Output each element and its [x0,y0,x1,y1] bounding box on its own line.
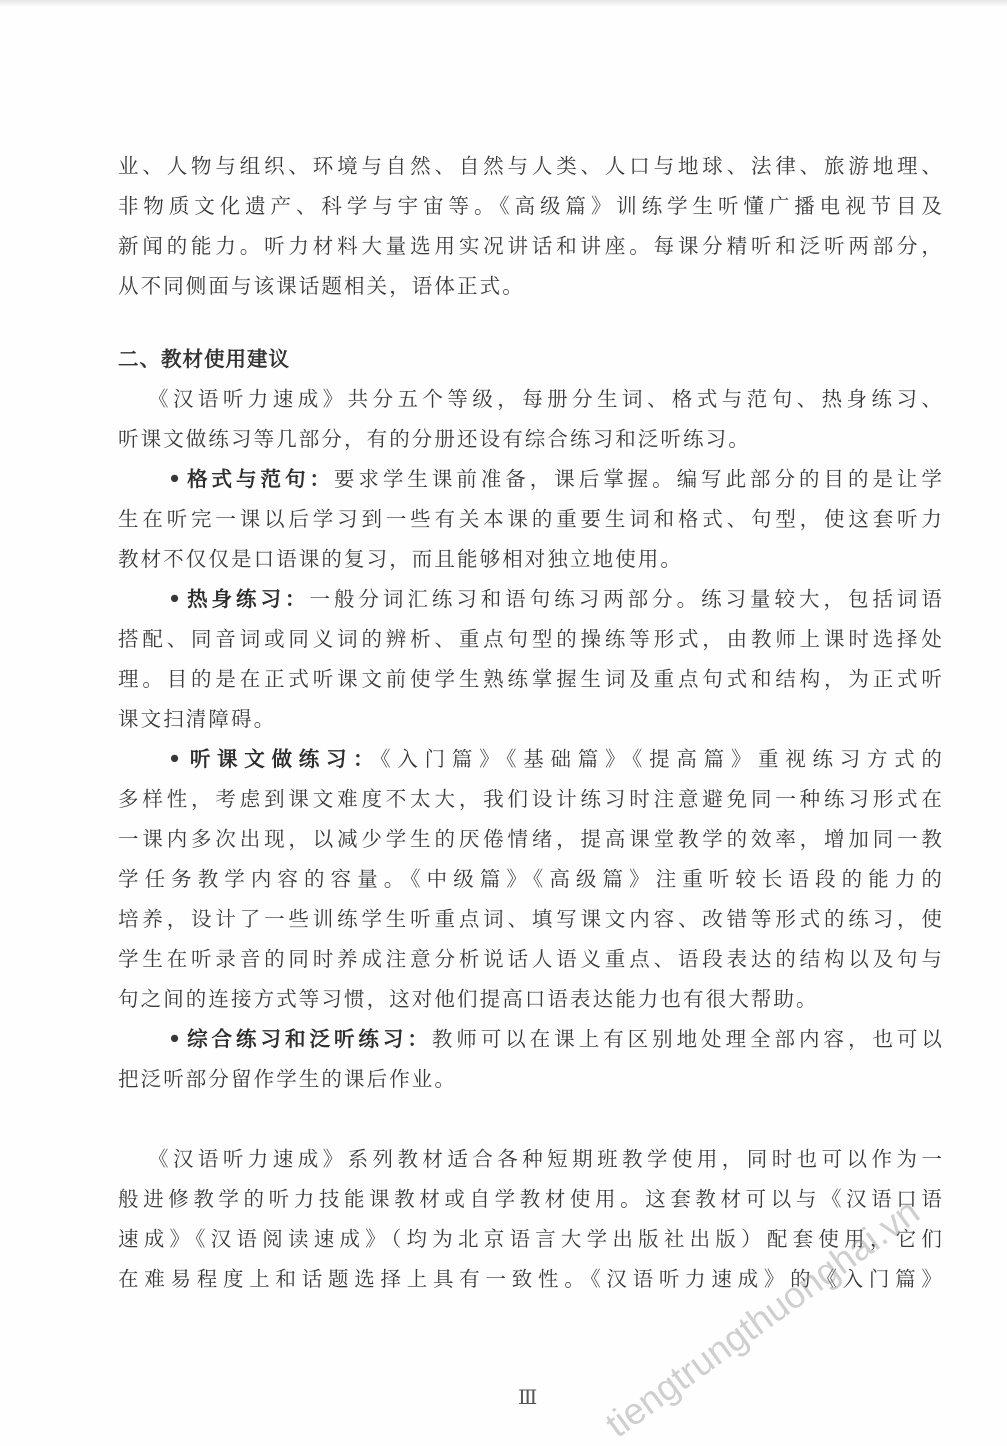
bullet-first-line: •综合练习和泛听练习：教师可以在课上有区别地处理全部内容，也可以 [118,1019,944,1059]
bullet-comprehensive-exercises: •综合练习和泛听练习：教师可以在课上有区别地处理全部内容，也可以 把泛听部分留作… [118,1019,944,1099]
bullet-icon: • [168,747,183,771]
bullet-icon: • [168,467,183,491]
bullet-warm-up-exercises: •热身练习：一般分词汇练习和语句练习两部分。练习量较大，包括词语 搭配、同音词或… [118,579,944,739]
text-line: 培养，设计了一些训练学生听重点词、填写课文内容、改错等形式的练习，使 [118,899,944,939]
text-line: 新闻的能力。听力材料大量选用实况讲话和讲座。每课分精听和泛听两部分， [118,226,944,266]
text-line: 在难易程度上和话题选择上具有一致性。《汉语听力速成》的《入门篇》 [118,1259,944,1299]
bullet-label: 综合练习和泛听练习： [185,1027,432,1051]
bullet-text: 教师可以在课上有区别地处理全部内容，也可以 [432,1027,944,1051]
bullet-label: 听课文做练习： [185,747,380,771]
section-heading: 二、教材使用建议 [118,339,944,379]
document-page: 业、人物与组织、环境与自然、自然与人类、人口与地球、法律、旅游地理、 非物质文化… [118,146,944,1299]
section-intro-paragraph: 《汉语听力速成》共分五个等级，每册分生词、格式与范句、热身练习、 听课文做练习等… [118,379,944,459]
text-line: 学任务教学内容的容量。《中级篇》《高级篇》注重听较长语段的能力的 [118,859,944,899]
text-line: 课文扫清障碍。 [118,699,944,739]
text-line: 《汉语听力速成》共分五个等级，每册分生词、格式与范句、热身练习、 [118,379,944,419]
text-line: 教材不仅仅是口语课的复习，而且能够相对独立地使用。 [118,539,944,579]
text-line: 学生在听录音的同时养成注意分析说话人语义重点、语段表达的结构以及句与 [118,939,944,979]
text-line: 句之间的连接方式等习惯，这对他们提高口语表达能力也有很大帮助。 [118,979,944,1019]
bullet-first-line: •格式与范句：要求学生课前准备，课后掌握。编写此部分的目的是让学 [118,459,944,499]
intro-continuation-paragraph: 业、人物与组织、环境与自然、自然与人类、人口与地球、法律、旅游地理、 非物质文化… [118,146,944,306]
bullet-text: 要求学生课前准备，课后掌握。编写此部分的目的是让学 [334,467,944,491]
page-number: Ⅲ [518,1385,537,1409]
page-top-edge [0,0,1007,6]
bullet-label: 热身练习： [185,587,309,611]
text-line: 非物质文化遗产、科学与宇宙等。《高级篇》训练学生听懂广播电视节目及 [118,186,944,226]
closing-paragraph: 《汉语听力速成》系列教材适合各种短期班教学使用，同时也可以作为一 般进修教学的听… [118,1139,944,1299]
bullet-text: 一般分词汇练习和语句练习两部分。练习量较大，包括词语 [309,587,944,611]
text-line: 业、人物与组织、环境与自然、自然与人类、人口与地球、法律、旅游地理、 [118,146,944,186]
text-line: 听课文做练习等几部分，有的分册还设有综合练习和泛听练习。 [118,419,944,459]
text-line: 理。目的是在正式听课文前使学生熟练掌握生词及重点句式和结构，为正式听 [118,659,944,699]
text-line: 一课内多次出现，以减少学生的厌倦情绪，提高课堂教学的效率，增加同一教 [118,819,944,859]
text-line: 般进修教学的听力技能课教材或自学教材使用。这套教材可以与《汉语口语 [118,1179,944,1219]
bullet-icon: • [168,1027,183,1051]
bullet-first-line: •听课文做练习：《入门篇》《基础篇》《提高篇》重视练习方式的 [118,739,944,779]
text-line: 多样性，考虑到课文难度不太大，我们设计练习时注意避免同一种练习形式在 [118,779,944,819]
text-line: 生在听完一课以后学习到一些有关本课的重要生词和格式、句型，使这套听力 [118,499,944,539]
bullet-icon: • [168,587,183,611]
text-line: 把泛听部分留作学生的课后作业。 [118,1059,944,1099]
bullet-first-line: •热身练习：一般分词汇练习和语句练习两部分。练习量较大，包括词语 [118,579,944,619]
paragraph-spacer [118,1099,944,1139]
bullet-listening-exercises: •听课文做练习：《入门篇》《基础篇》《提高篇》重视练习方式的 多样性，考虑到课文… [118,739,944,1019]
bullet-format-and-examples: •格式与范句：要求学生课前准备，课后掌握。编写此部分的目的是让学 生在听完一课以… [118,459,944,579]
text-line: 速成》《汉语阅读速成》（均为北京语言大学出版社出版）配套使用，它们 [118,1219,944,1259]
bullet-label: 格式与范句： [185,467,334,491]
text-line: 《汉语听力速成》系列教材适合各种短期班教学使用，同时也可以作为一 [118,1139,944,1179]
text-line: 搭配、同音词或同义词的辨析、重点句型的操练等形式，由教师上课时选择处 [118,619,944,659]
text-line: 从不同侧面与该课话题相关，语体正式。 [118,266,944,306]
bullet-text: 《入门篇》《基础篇》《提高篇》重视练习方式的 [380,747,944,771]
